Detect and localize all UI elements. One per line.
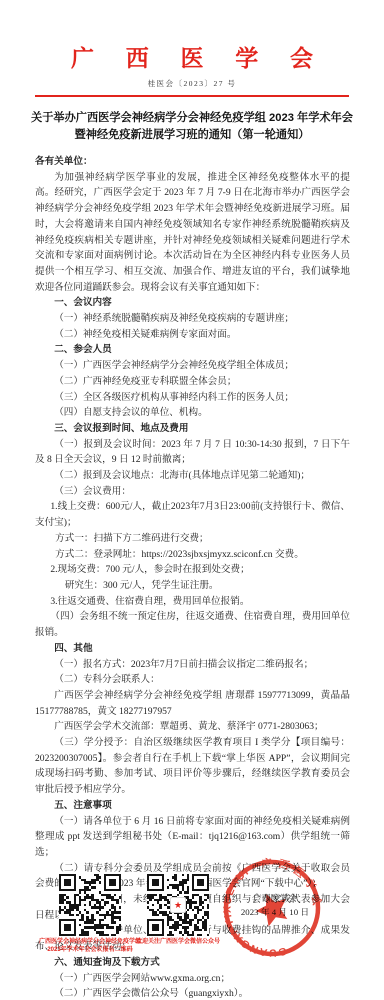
paragraph: 一、会议内容 (35, 295, 350, 311)
paragraph: 五、注意事项 (35, 798, 350, 814)
notice-title-line1: 关于举办广西医学会神经病学分会神经免疫学组 2023 年学术年会 (0, 110, 384, 127)
notice-title: 关于举办广西医学会神经病学分会神经免疫学组 2023 年学术年会 暨神经免疫新进… (0, 110, 384, 143)
paragraph: 四、其他 (35, 641, 350, 657)
paragraph: （二）报到及会议地点：北海市(具体地点详见第二轮通知)； (35, 468, 350, 484)
paragraph: 1.线上交费：600元/人，截止2023年7月3日23:00前(支持银行卡、微信… (35, 499, 350, 530)
paragraph: （三）学分授予：自治区级继续医学教育项目 I 类学分【项目编号：20232003… (35, 735, 350, 798)
notice-document-page: 广 西 医 学 会 桂医会〔2023〕27 号 关于举办广西医学会神经病学分会神… (0, 0, 384, 1000)
paragraph: （二）神经免疫相关疑难病例专家面对面。 (35, 327, 350, 343)
seal-star-icon (251, 888, 293, 929)
paragraph: 广西医学会神经病学分会神经免疫学组 唐璟群 15977713099，黄晶晶 15… (35, 688, 350, 719)
paragraph: 各有关单位： (35, 154, 350, 170)
wechat-qr-caption: 欢迎关注广西医学会微信公众号 (136, 939, 220, 947)
organization-header: 广 西 医 学 会 (0, 0, 384, 73)
registration-qr-caption-line2: 2023年学术年会会议报名二维码 (39, 947, 141, 955)
notice-title-line2: 暨神经免疫新进展学习班的通知（第一轮通知） (0, 127, 384, 144)
paragraph: 3.往返交通费、住宿费自理，费用回单位报销。 (35, 594, 350, 610)
document-number: 桂医会〔2023〕27 号 (0, 78, 384, 89)
red-divider (35, 95, 349, 97)
paragraph: （一）神经系统脱髓鞘疾病及神经免疫疾病的专题讲座； (35, 311, 350, 327)
paragraph: （二）专科分会联系人： (35, 672, 350, 688)
paragraph: 六、通知查询及下载方式 (35, 955, 350, 971)
paragraph: 二、参会人员 (35, 342, 350, 358)
paragraph: （二）广西医学会微信公众号（guangxiyxh）。 (35, 986, 350, 1000)
paragraph: （二）广西神经免疫亚专科联盟全体会员； (35, 374, 350, 390)
paragraph: 研究生：300 元/人，凭学生证注册。 (35, 578, 350, 594)
paragraph: （三）会议费用： (35, 484, 350, 500)
paragraph: （四）自愿支持会议的单位、机构。 (35, 405, 350, 421)
paragraph: 方式一：扫描下方二维码进行交费； (35, 531, 350, 547)
paragraph: （四）会务组不统一预定住房，往返交通费、住宿费自理，费用回单位报销。 (35, 609, 350, 640)
paragraph: （一）广西医学会神经病学分会神经免疫学组全体成员； (35, 358, 350, 374)
paragraph: 三、会议报到时间、地点及费用 (35, 421, 350, 437)
paragraph: （一）报到及会议时间：2023 年 7 月 7 日 10:30-14:30 报到… (35, 437, 350, 468)
paragraph: 广西医学会学术交流部：覃超勇、黄龙、蔡泽宇 0771-2803063； (35, 719, 350, 735)
paragraph: （一）报名方式：2023年7月7日前扫描会议指定二维码报名； (35, 657, 350, 673)
paragraph: （一）广西医学会网站www.gxma.org.cn； (35, 971, 350, 987)
paragraph: 方式二：登录网址：https://2023sjbxsjmyxz.sciconf.… (35, 547, 350, 563)
paragraph: （三）全区各级医疗机构从事神经内科工作的医务人员； (35, 390, 350, 406)
wechat-logo-icon: ★ (170, 897, 186, 913)
paragraph: 2.现场交费：700 元/人，参会时在报到处交费； (35, 562, 350, 578)
paragraph: 为加强神经病学医学事业的发展，推进全区神经免疫整体水平的提高。经研究，广西医学会… (35, 170, 350, 296)
registration-qr-code-icon (59, 874, 121, 936)
wechat-qr-code-icon: ★ (147, 874, 209, 936)
